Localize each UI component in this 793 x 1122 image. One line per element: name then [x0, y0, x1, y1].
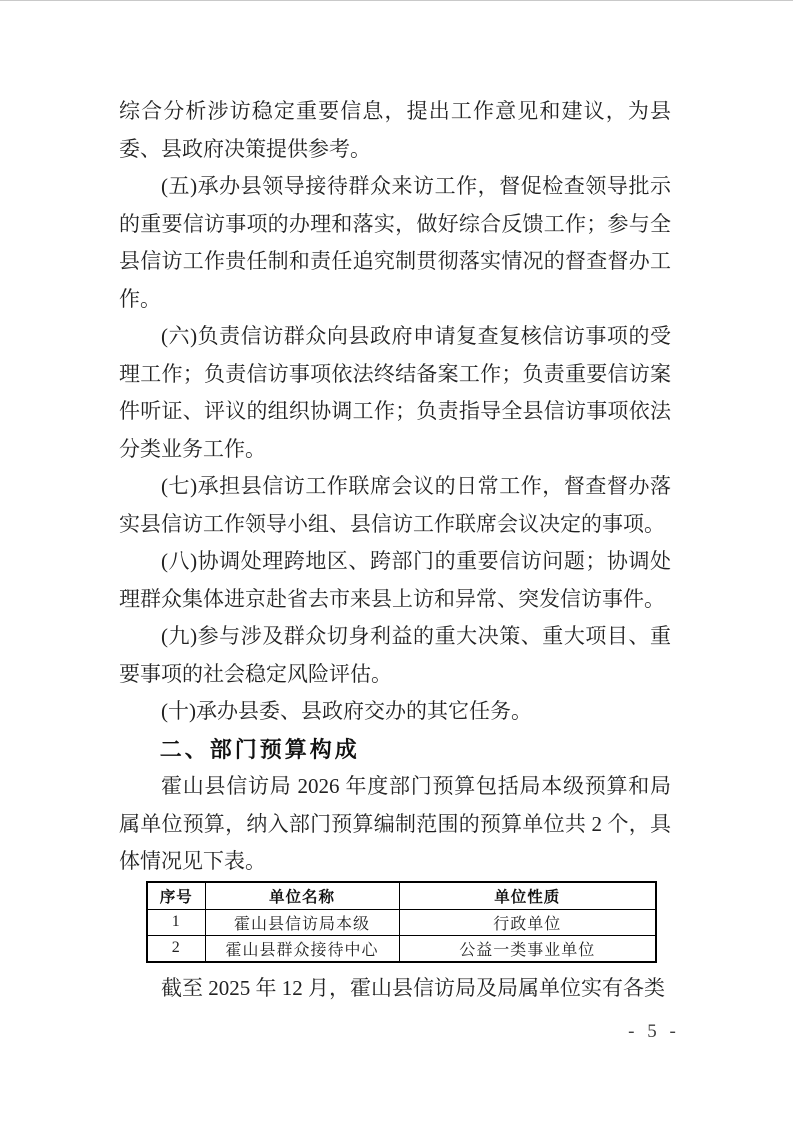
- body-paragraph-item-9: (九)参与涉及群众切身利益的重大决策、重大项目、重要事项的社会稳定风险评估。: [119, 618, 671, 693]
- intro-paragraph: 霍山县信访局 2026 年度部门预算包括局本级预算和局属单位预算，纳入部门预算编…: [119, 768, 671, 881]
- table-cell-seq: 2: [147, 935, 205, 962]
- body-paragraph-continuation: 综合分析涉访稳定重要信息，提出工作意见和建议，为县委、县政府决策提供参考。: [119, 93, 671, 168]
- budget-units-table: 序号 单位名称 单位性质 1 霍山县信访局本级 行政单位 2 霍山县群众接待中心…: [146, 881, 657, 963]
- body-paragraph-item-6: (六)负责信访群众向县政府申请复查复核信访事项的受理工作；负责信访事项依法终结备…: [119, 318, 671, 468]
- table-cell-seq: 1: [147, 909, 205, 935]
- table-cell-unit-name: 霍山县信访局本级: [205, 909, 399, 935]
- table-header-row: 序号 单位名称 单位性质: [147, 882, 656, 910]
- section-heading: 二、部门预算构成: [119, 731, 671, 769]
- table-row: 1 霍山县信访局本级 行政单位: [147, 909, 656, 935]
- table-header-unit-name: 单位名称: [205, 882, 399, 910]
- table-cell-unit-type: 公益一类事业单位: [399, 935, 656, 962]
- table-cell-unit-name: 霍山县群众接待中心: [205, 935, 399, 962]
- table-header-unit-type: 单位性质: [399, 882, 656, 910]
- body-paragraph-item-7: (七)承担县信访工作联席会议的日常工作，督查督办落实县信访工作领导小组、县信访工…: [119, 468, 671, 543]
- table-cell-unit-type: 行政单位: [399, 909, 656, 935]
- body-paragraph-item-10: (十)承办县委、县政府交办的其它任务。: [119, 693, 671, 731]
- table-header-seq: 序号: [147, 882, 205, 910]
- page-number: - 5 -: [616, 1021, 688, 1043]
- document-page: 综合分析涉访稳定重要信息，提出工作意见和建议，为县委、县政府决策提供参考。 (五…: [0, 0, 793, 1122]
- document-content: 综合分析涉访稳定重要信息，提出工作意见和建议，为县委、县政府决策提供参考。 (五…: [119, 93, 671, 1007]
- body-paragraph-item-5: (五)承办县领导接待群众来访工作，督促检查领导批示的重要信访事项的办理和落实，做…: [119, 168, 671, 318]
- table-row: 2 霍山县群众接待中心 公益一类事业单位: [147, 935, 656, 962]
- closing-paragraph: 截至 2025 年 12 月，霍山县信访局及局属单位实有各类: [119, 970, 671, 1008]
- body-paragraph-item-8: (八)协调处理跨地区、跨部门的重要信访问题；协调处理群众集体进京赴省去市来县上访…: [119, 543, 671, 618]
